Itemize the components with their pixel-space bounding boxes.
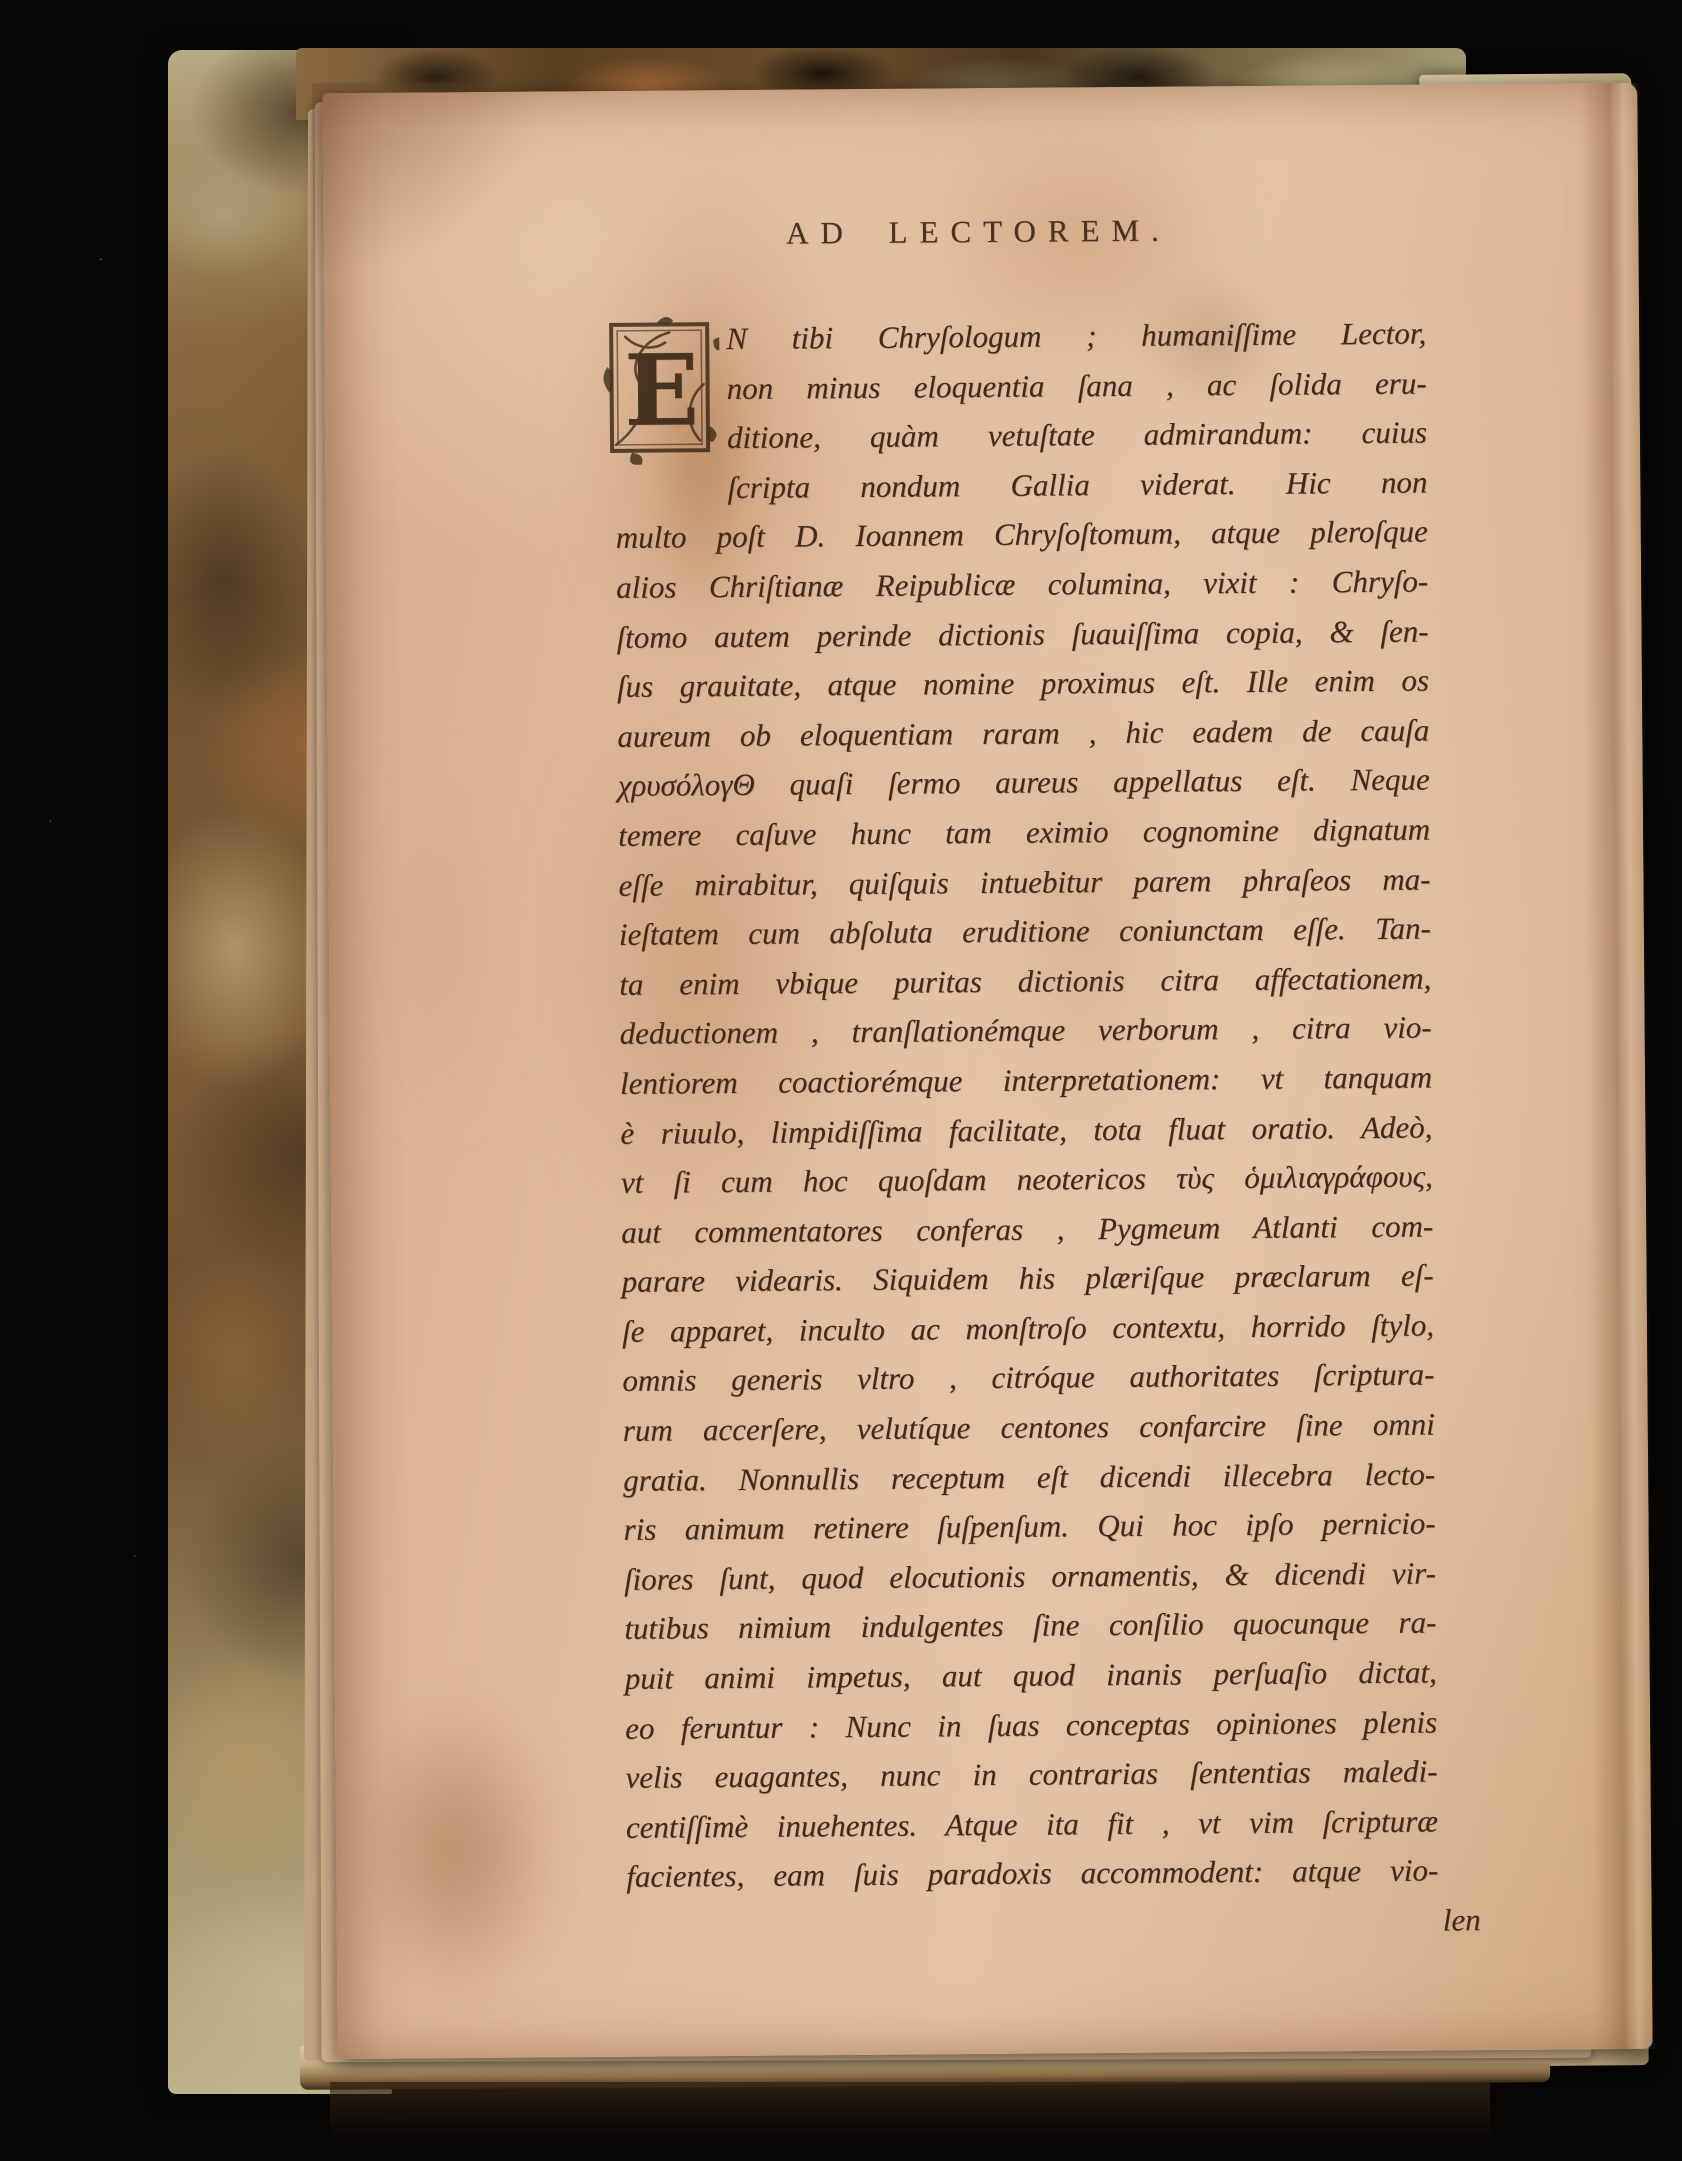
text-line: ris animum retinere ſuſpenſum. Qui hoc i… [623,1499,1435,1555]
text-line: è riuulo, limpidiſſima facilitate, tota … [620,1102,1432,1158]
text-line: centiſſimè inuehentes. Atque ita fit , v… [626,1796,1438,1852]
catchword: len [627,1895,1481,1952]
text-line: multo poſt D. Ioannem Chryſoſtomum, atqu… [616,507,1428,563]
text-line: ſcripta nondum Gallia viderat. Hic non [727,457,1427,512]
text-line: χρυσόλογΘ quaſi ſermo aureus appellatus … [618,755,1430,811]
scanned-book-spread: { "book_page": { "heading": "AD LECTOREM… [0,0,1682,2161]
text-line: vt ſi cum hoc quoſdam neotericos τὺς ὁμι… [621,1152,1433,1208]
text-line: puit animi impetus, aut quod inanis perſ… [625,1648,1437,1704]
text-line: ſiores ſunt, quod elocutionis ornamentis… [624,1548,1436,1604]
text-line: non minus eloquentia ſana , ac ſolida er… [726,358,1426,413]
book-page: AD LECTOREM. E [322,83,1652,2059]
paper-stain [347,672,531,1213]
paragraph-intro-lines: N tibi Chryſologum ; humaniſſime Lector,… [726,309,1428,513]
paragraph-body-lines: multo poſt D. Ioannem Chryſoſtomum, atqu… [616,507,1439,1902]
text-line: ditione, quàm vetuſtate admirandum: cuiu… [727,408,1427,463]
paper-stain [304,1631,607,2073]
printed-text-block: AD LECTOREM. E [613,203,1439,1952]
text-line: aut commentatores conferas , Pygmeum Atl… [621,1201,1433,1257]
paper-stain [312,81,543,273]
book-bottom-shadow [330,2082,1490,2138]
text-line: N tibi Chryſologum ; humaniſſime Lector, [726,309,1426,364]
text-line: ta enim vbique puritas dictionis citra a… [619,953,1431,1009]
text-line: omnis generis vltro , citróque authorita… [622,1350,1434,1406]
text-line: tutibus nimium indulgentes ſine conſilio… [624,1598,1436,1654]
text-line: gratia. Nonnullis receptum eſt dicendi i… [623,1449,1435,1505]
text-line: temere caſuve hunc tam eximio cognomine … [618,804,1430,860]
text-line: eo feruntur : Nunc in ſuas conceptas opi… [625,1697,1437,1753]
drop-cap-letter: E [624,333,700,449]
text-line: facientes, eam ſuis paradoxis accommoden… [626,1846,1438,1902]
text-line: lentiorem coactiorémque interpretationem… [620,1052,1432,1108]
text-line: alios Chriſtianæ Reipublicæ columina, vi… [616,556,1428,612]
text-line: ſus grauitate, atque nomine proximus eſt… [617,656,1429,712]
text-line: velis euagantes, nunc in contrarias ſent… [625,1747,1437,1803]
text-line: ieſtatem cum abſoluta eruditione coniunc… [619,904,1431,960]
page-crease [1580,83,1655,2049]
text-line: parare videaris. Siquidem his plæriſque … [621,1251,1433,1307]
page-heading: AD LECTOREM. [572,203,1384,261]
text-line: aureum ob eloquentiam raram , hic eadem … [617,705,1429,761]
text-line: ſe apparet, inculto ac monſtroſo context… [622,1300,1434,1356]
text-line: rum accerſere, velutíque centones confar… [623,1400,1435,1456]
paragraph-opening: E N tibi Chryſologum ; humaniſſime Lecto… [614,309,1428,514]
text-line: eſſe mirabitur, quiſquis intuebitur pare… [618,854,1430,910]
text-line: ſtomo autem perinde dictionis ſuauiſſima… [616,606,1428,662]
woodcut-initial-icon: E [601,314,720,465]
text-line: deductionem , tranſlationémque verborum … [620,1003,1432,1059]
